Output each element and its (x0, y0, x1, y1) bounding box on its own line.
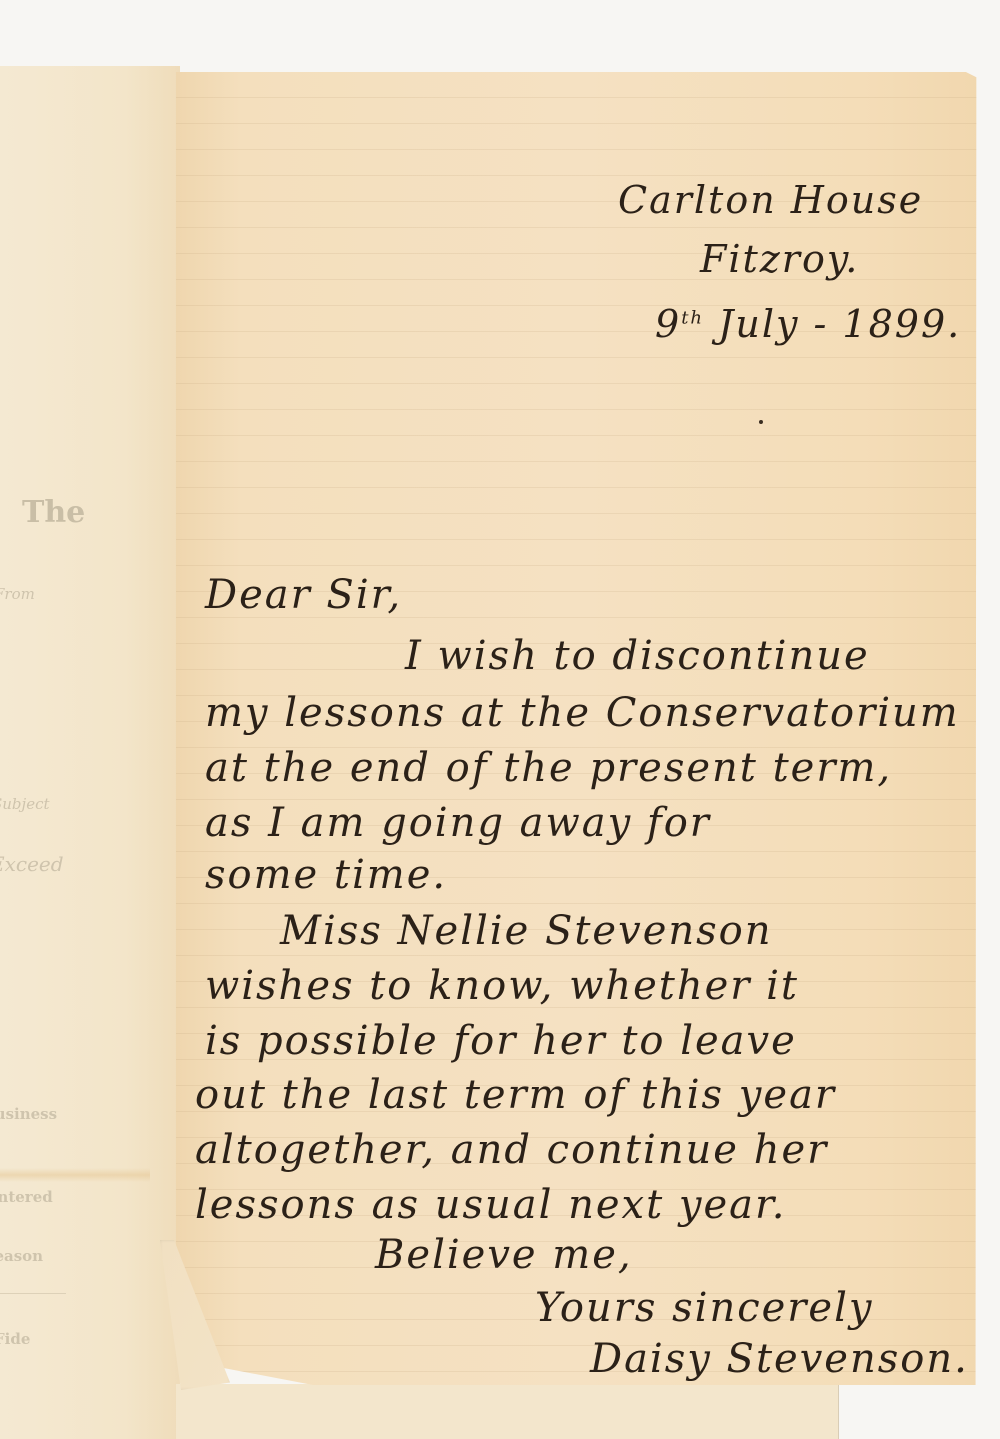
body-line: Miss Nellie Stevenson (280, 908, 773, 954)
body-line: wishes to know, whether it (205, 963, 799, 1009)
body-line: at the end of the present term, (205, 745, 892, 791)
body-line: as I am going away for (205, 800, 711, 846)
date-month-year: July - 1899. (718, 302, 961, 346)
form-handwritten-fragment: Exceed (0, 852, 64, 876)
form-label-reason: Reason (0, 1247, 43, 1265)
date-day: 9 (655, 302, 681, 346)
form-heading-fragment: The (22, 495, 85, 530)
address-line-2: Fitzroy. (700, 237, 859, 281)
salutation: Dear Sir, (205, 572, 402, 618)
body-line: some time. (205, 852, 447, 898)
signature: Daisy Stevenson. (590, 1336, 969, 1382)
letter-date: 9th July - 1899. (655, 302, 961, 346)
closing-believe-me: Believe me, (375, 1232, 633, 1278)
body-line: out the last term of this year (195, 1072, 836, 1118)
body-line: is possible for her to leave (205, 1018, 797, 1064)
form-rule-line (0, 1293, 66, 1294)
body-line: I wish to discontinue (405, 633, 870, 679)
form-label-subject: Subject (0, 795, 50, 813)
form-label-entered: Entered (0, 1188, 53, 1206)
date-day-suffix: th (681, 307, 704, 328)
form-label-from: From (0, 585, 35, 603)
underlying-page-crease (0, 1168, 150, 1182)
body-line: lessons as usual next year. (195, 1182, 786, 1228)
underlying-form-page (0, 66, 180, 1439)
ink-spot (759, 420, 763, 424)
form-label-business: Business (0, 1105, 57, 1123)
body-line: my lessons at the Conservatorium (205, 690, 960, 736)
underlying-form-page-bottom (176, 1384, 839, 1439)
closing-yours-sincerely: Yours sincerely (535, 1285, 873, 1331)
form-label-fide: Fide (0, 1330, 30, 1348)
address-line-1: Carlton House (618, 178, 923, 222)
body-line: altogether, and continue her (195, 1127, 828, 1173)
